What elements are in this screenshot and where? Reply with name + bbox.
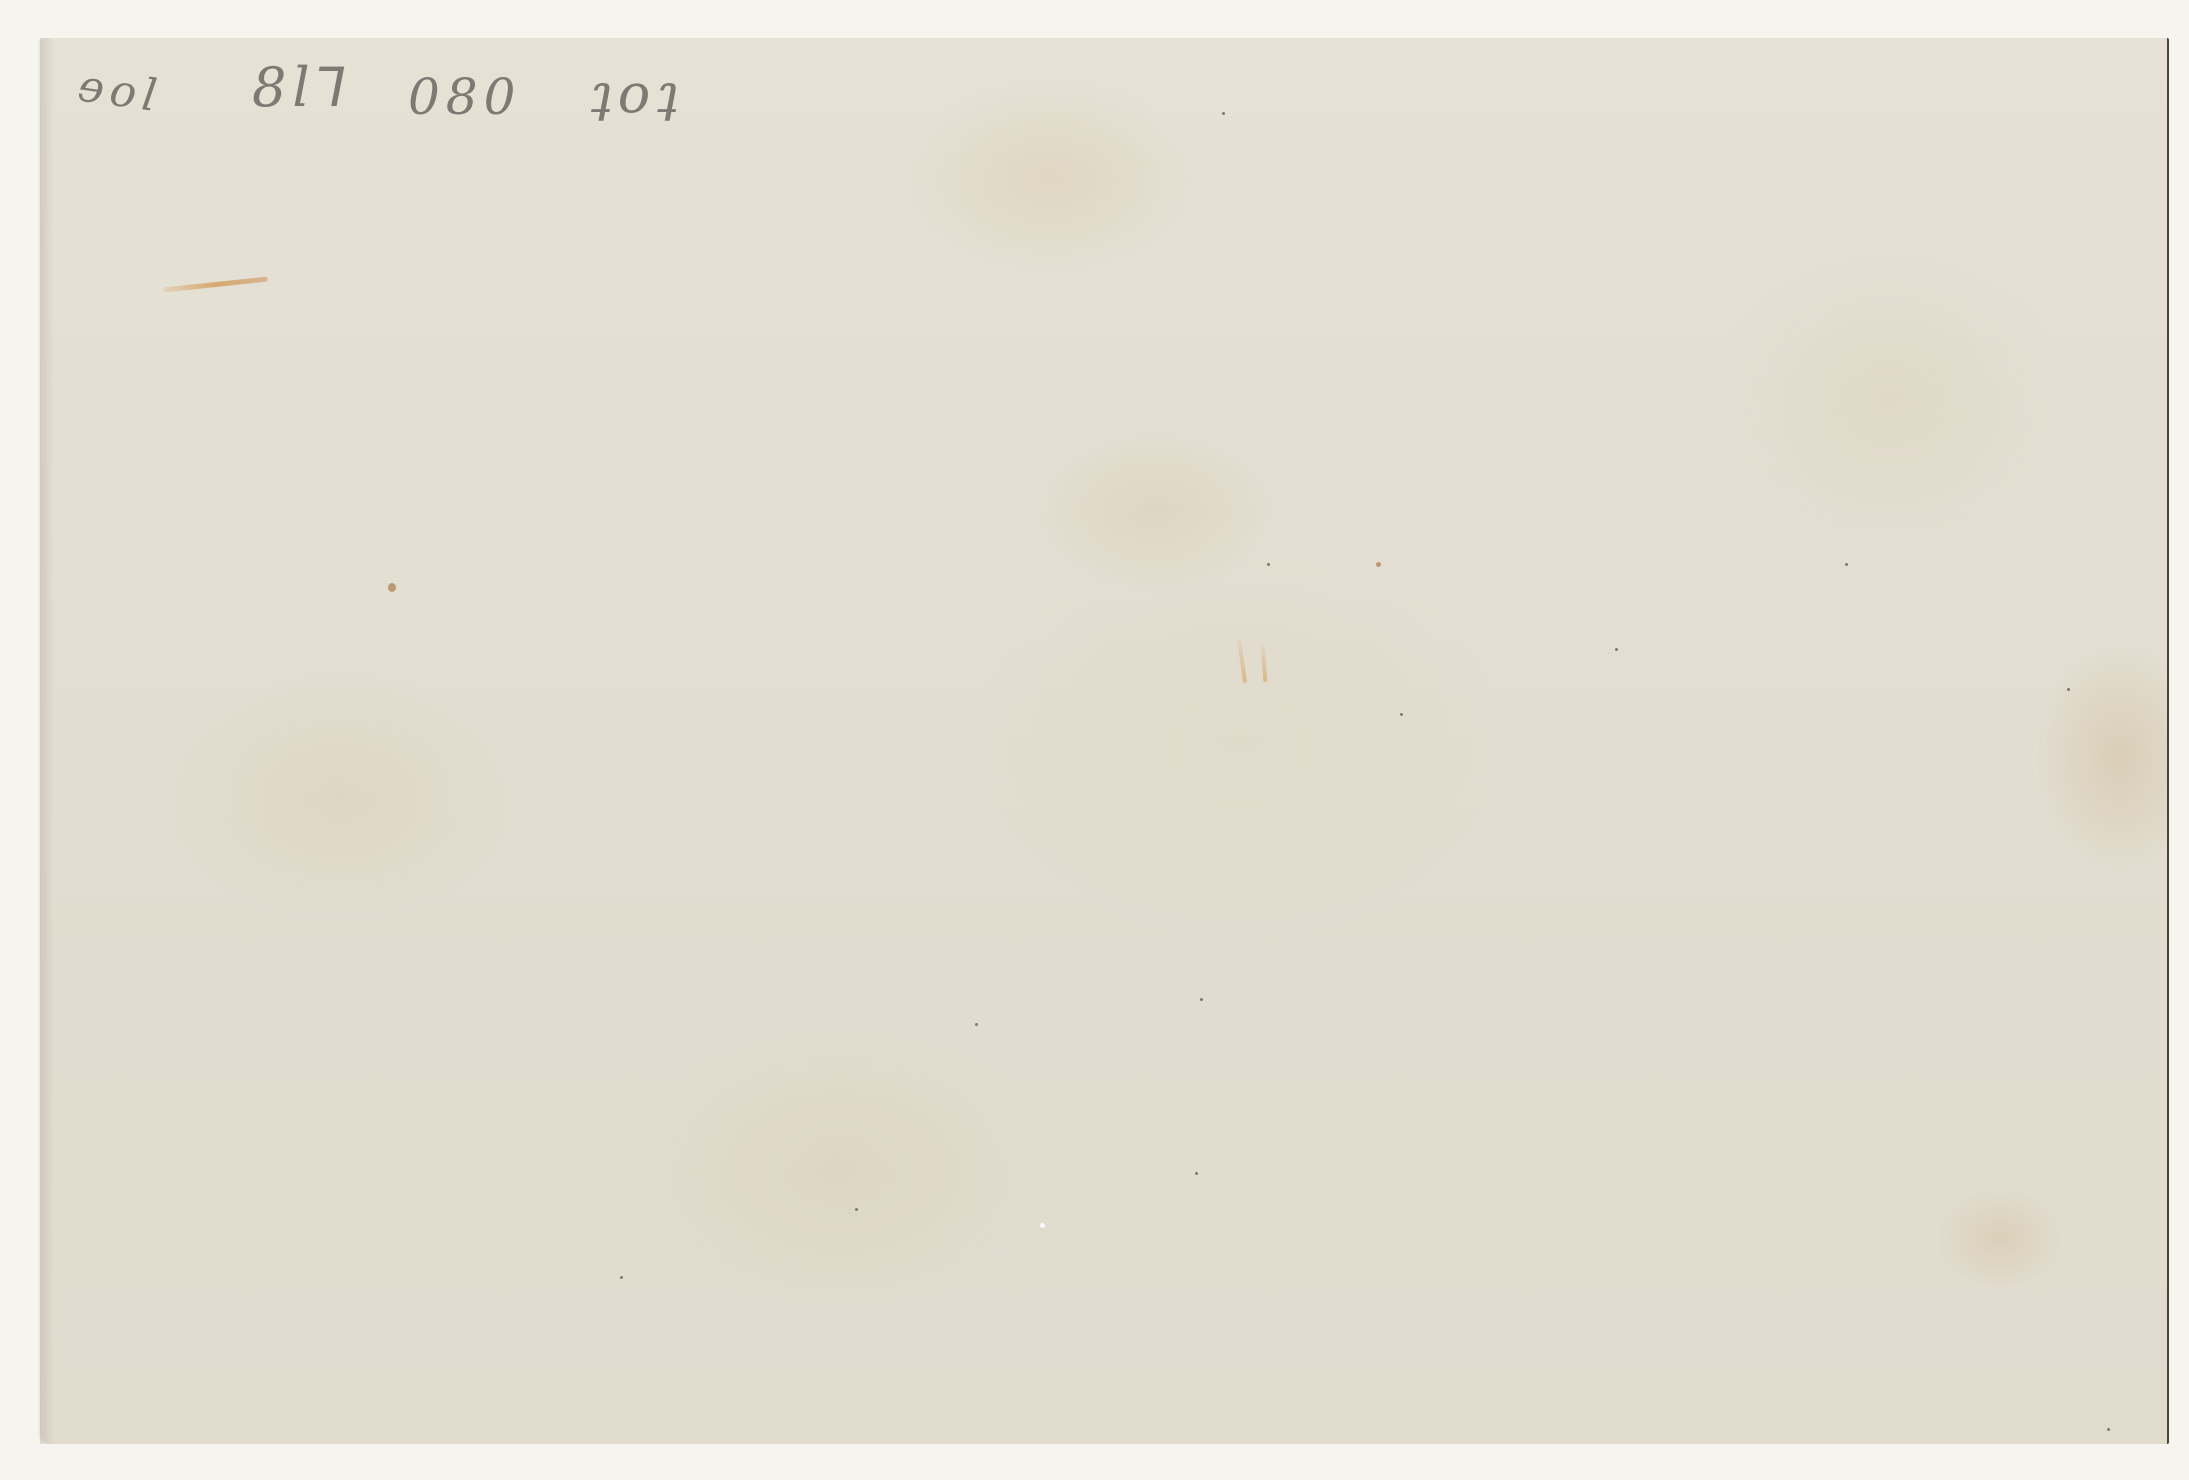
pencil-note-3: 080 [408,68,521,126]
fleck [2107,1428,2110,1431]
paper-blemish [1040,1223,1045,1228]
orange-streak-mark [163,277,268,293]
fleck [620,1276,623,1279]
fleck [2067,688,2070,691]
card-back: ɘol 8l⅂ 080 ʇoʇ [40,38,2169,1444]
fleck [1845,563,1848,566]
fleck [1400,713,1403,716]
pencil-note-1: ɘol [75,60,166,122]
foxing-spot [388,583,396,592]
pencil-note-2: 8l⅂ [252,56,352,119]
stain-drip [1261,644,1268,682]
fleck [1195,1172,1198,1175]
pencil-note-4: ʇoʇ [590,62,684,125]
fleck [855,1208,858,1211]
stain-drip [1237,638,1247,683]
fleck [1200,998,1203,1001]
fleck [975,1023,978,1026]
fleck [1267,563,1270,566]
card-left-edge-fold [40,38,54,1444]
foxing-spot [1376,562,1381,567]
fleck [1222,112,1225,115]
fleck [1615,648,1618,651]
